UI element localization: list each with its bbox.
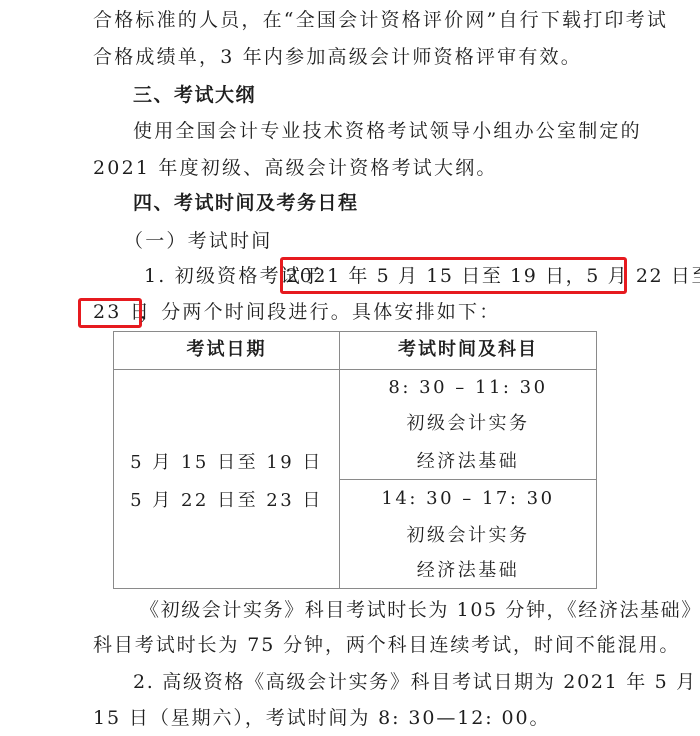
item1-suffix: ，分两个时间段进行。具体安排如下：: [140, 300, 500, 324]
paragraph-line: 合格成绩单，3 年内参加高级会计师资格评审有效。: [93, 45, 582, 69]
table-cell-date: 5 月 15 日至 19 日: [114, 451, 339, 475]
table-cell-date: 5 月 22 日至 23 日: [114, 489, 339, 513]
red-annotation-box: [280, 257, 627, 294]
table-header-divider: [114, 369, 596, 370]
section-heading-schedule: 四、考试时间及考务日程: [133, 191, 359, 215]
paragraph-line: 《初级会计实务》科目考试时长为 105 分钟，《经济法基础》: [140, 598, 700, 622]
item2-line: 2. 高级资格《高级会计实务》科目考试日期为 2021 年 5 月: [133, 670, 697, 694]
red-annotation-box: [78, 298, 142, 328]
subheading-exam-time: （一）考试时间: [124, 229, 272, 253]
table-cell-session-time: 14: 30 – 17: 30: [340, 487, 596, 511]
item2-line: 15 日（星期六），考试时间为 8: 30—12: 00。: [93, 706, 550, 730]
table-cell-session-time: 8: 30 – 11: 30: [340, 376, 596, 400]
table-cell-subject: 经济法基础: [340, 559, 596, 583]
table-cell-subject: 初级会计实务: [340, 524, 596, 548]
table-session-divider: [339, 479, 596, 480]
paragraph-line: 使用全国会计专业技术资格考试领导小组办公室制定的: [133, 119, 642, 143]
table-cell-subject: 经济法基础: [340, 450, 596, 474]
table-header-time-subject: 考试时间及科目: [340, 338, 596, 362]
table-header-date: 考试日期: [114, 338, 339, 362]
table-cell-subject: 初级会计实务: [340, 412, 596, 436]
paragraph-line: 科目考试时长为 75 分钟，两个科目连续考试，时间不能混用。: [93, 633, 680, 657]
paragraph-line: 合格标准的人员，在“全国会计资格评价网”自行下载打印考试: [93, 8, 668, 32]
exam-schedule-table: 考试日期 考试时间及科目 5 月 15 日至 19 日 5 月 22 日至 23…: [113, 331, 597, 589]
section-heading-outline: 三、考试大纲: [133, 83, 256, 107]
paragraph-line: 2021 年度初级、高级会计资格考试大纲。: [93, 156, 498, 180]
